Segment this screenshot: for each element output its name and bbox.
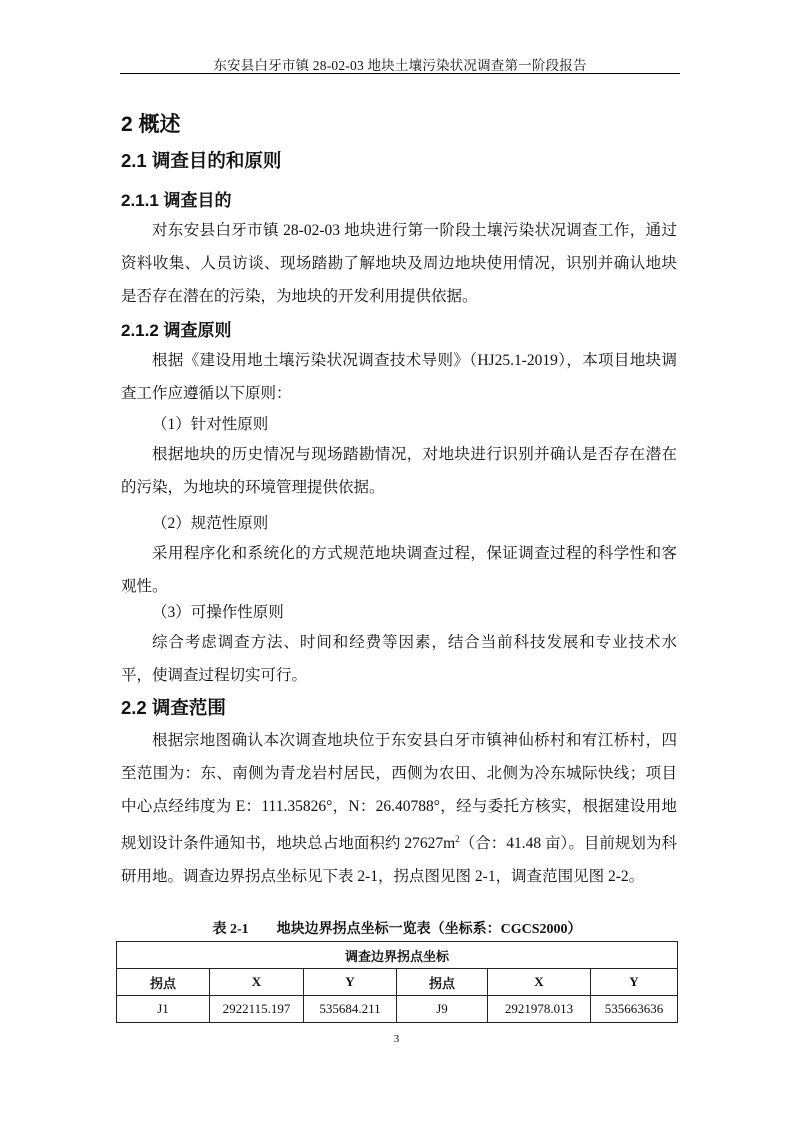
principle-3-text: 综合考虑调查方法、时间和经费等因素，结合当前科技发展和专业技术水平，使调查过程切…	[121, 626, 677, 692]
table-group-header: 调查边界拐点坐标	[117, 942, 678, 969]
boundary-coordinates-table: 调查边界拐点坐标 拐点 X Y 拐点 X Y J1 2922115.197 53…	[116, 941, 678, 1023]
page-number: 3	[0, 1033, 793, 1045]
column-header-x: X	[488, 969, 591, 996]
section-heading-2-1: 2.1 调查目的和原则	[121, 147, 281, 173]
column-header-y: Y	[304, 969, 397, 996]
cell-x: 2921978.013	[488, 996, 591, 1023]
column-header-y: Y	[591, 969, 678, 996]
principle-2-label: （2）规范性原则	[152, 511, 268, 533]
principle-3-label: （3）可操作性原则	[152, 600, 284, 622]
cell-point-id: J9	[397, 996, 488, 1023]
column-header-x: X	[210, 969, 304, 996]
cell-y: 535684.211	[304, 996, 397, 1023]
paragraph-principles-intro: 根据《建设用地土壤污染状况调查技术导则》（HJ25.1-2019），本项目地块调…	[121, 344, 677, 410]
cell-point-id: J1	[117, 996, 210, 1023]
section-heading-2-1-1: 2.1.1 调查目的	[121, 186, 232, 211]
table-group-header-row: 调查边界拐点坐标	[117, 942, 678, 969]
section-heading-2-1-2: 2.1.2 调查原则	[121, 316, 232, 341]
section-heading-2-2: 2.2 调查范围	[121, 694, 226, 720]
column-header-point: 拐点	[397, 969, 488, 996]
column-header-point: 拐点	[117, 969, 210, 996]
table-row: J1 2922115.197 535684.211 J9 2921978.013…	[117, 996, 678, 1023]
cell-x: 2922115.197	[210, 996, 304, 1023]
cell-y: 535663636	[591, 996, 678, 1023]
chapter-heading: 2 概述	[121, 108, 181, 138]
paragraph-scope: 根据宗地图确认本次调查地块位于东安县白牙市镇神仙桥村和宥江桥村，四至范围为：东、…	[121, 724, 677, 893]
header-rule	[120, 73, 680, 74]
principle-1-label: （1）针对性原则	[152, 412, 268, 434]
principle-2-text: 采用程序化和系统化的方式规范地块调查过程，保证调查过程的科学性和客观性。	[121, 537, 677, 603]
principle-1-text: 根据地块的历史情况与现场踏勘情况，对地块进行识别并确认是否存在潜在的污染，为地块…	[121, 438, 677, 504]
running-header: 东安县白牙市镇 28-02-03 地块土壤污染状况调查第一阶段报告	[120, 54, 680, 74]
table-caption: 表 2-1 地块边界拐点坐标一览表（坐标系：CGCS2000）	[116, 918, 678, 938]
paragraph-purpose: 对东安县白牙市镇 28-02-03 地块进行第一阶段土壤污染状况调查工作，通过资…	[121, 214, 677, 313]
table-header-row: 拐点 X Y 拐点 X Y	[117, 969, 678, 996]
